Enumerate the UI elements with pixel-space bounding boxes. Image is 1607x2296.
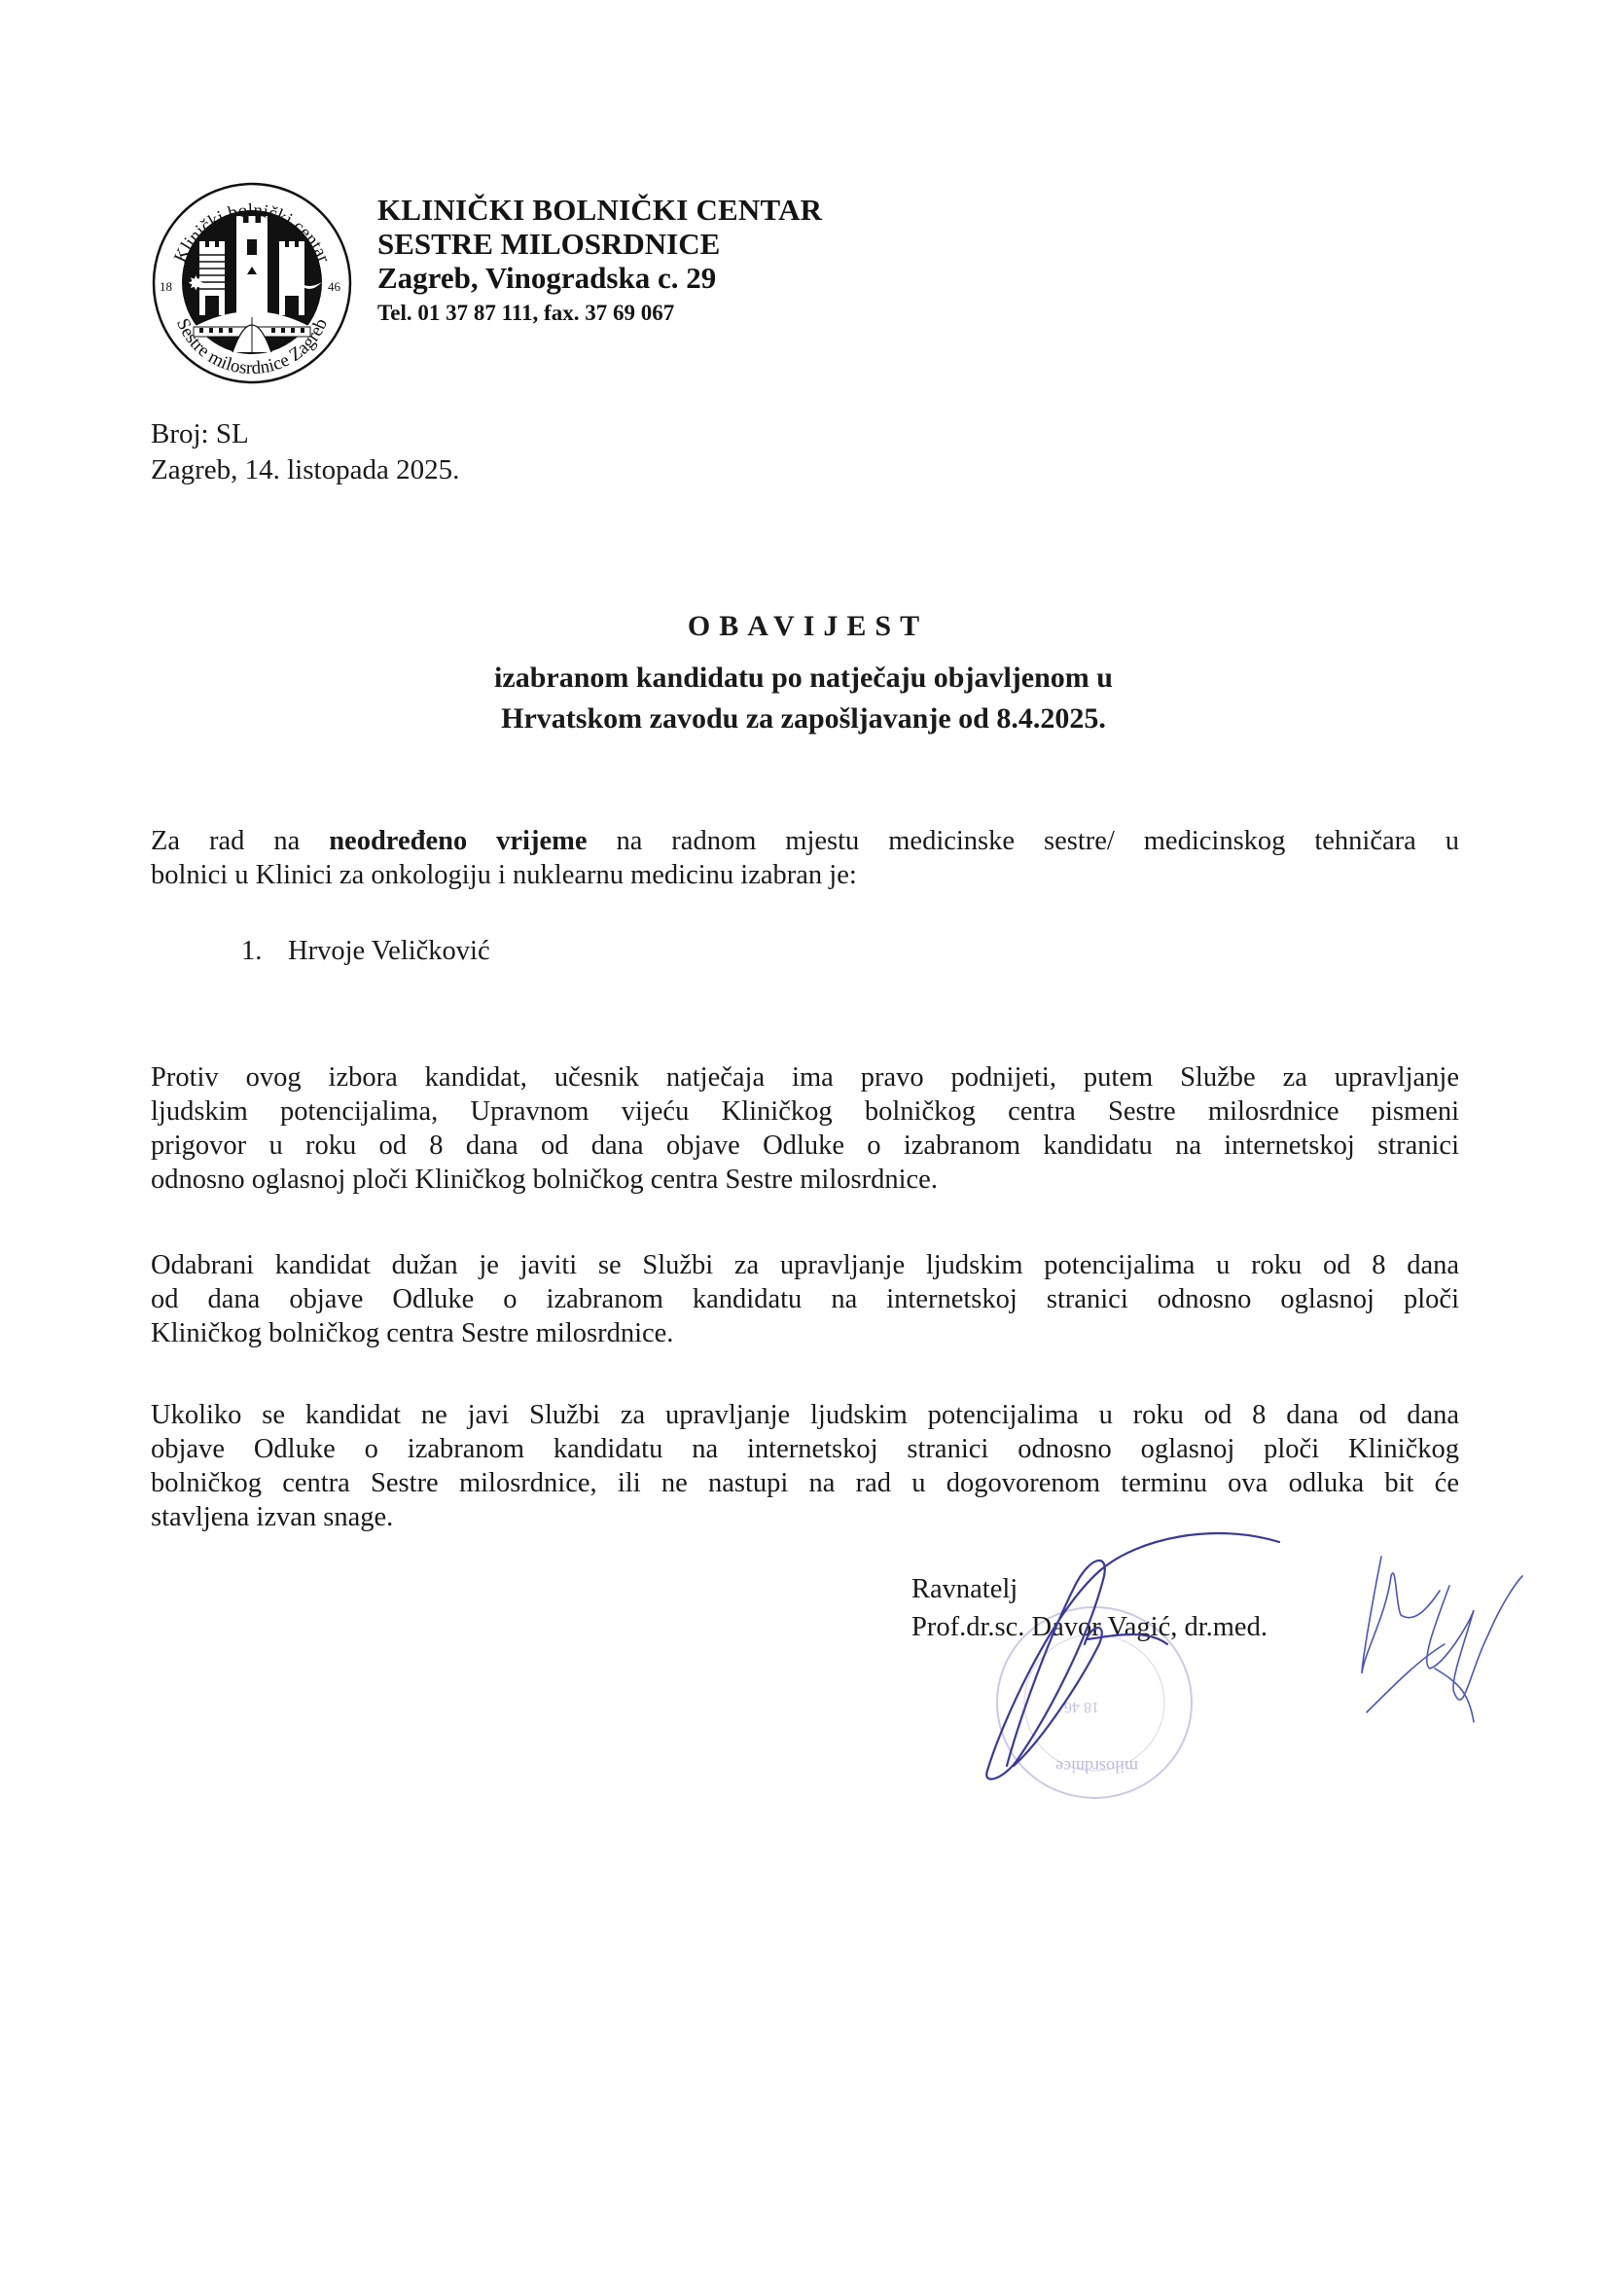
paragraph-line: Za rad na neodređeno vrijeme na radnom m…: [151, 824, 1459, 858]
document-subtitle-line-1: izabranom kandidatu po natječaju objavlj…: [0, 662, 1607, 695]
candidate-name: Hrvoje Veličković: [288, 936, 490, 966]
hospital-seal-icon: ✸ Klinički bolnički centar Sestre milosr…: [151, 181, 353, 385]
paragraph-appeal: Protiv ovog izbora kandidat, učesnik nat…: [151, 1060, 1459, 1197]
institution-name: KLINIČKI BOLNIČKI CENTAR: [377, 193, 822, 228]
paragraph-line: odnosno oglasnoj ploči Kliničkog bolničk…: [151, 1163, 1459, 1197]
institution-address: Zagreb, Vinogradska c. 29: [377, 261, 716, 296]
reference-number: Broj: SL: [151, 418, 249, 450]
document-title: OBAVIJEST: [0, 610, 1607, 643]
svg-text:18: 18: [160, 279, 172, 294]
institution-contact: Tel. 01 37 87 111, fax. 37 69 067: [377, 301, 674, 326]
paragraph-line: Ukoliko se kandidat ne javi Službi za up…: [151, 1398, 1459, 1432]
paragraph-line: objave Odluke o izabranom kandidatu na i…: [151, 1432, 1459, 1466]
handwritten-signature-icon: [973, 1518, 1303, 1790]
institution-subname: SESTRE MILOSRDNICE: [377, 227, 720, 262]
paragraph-obligation: Odabrani kandidat dužan je javiti se Slu…: [151, 1248, 1459, 1350]
paragraph-line: prigovor u roku od 8 dana od dana objave…: [151, 1129, 1459, 1163]
selected-candidate: 1.Hrvoje Veličković: [241, 936, 490, 967]
paragraph-line: od dana objave Odluke o izabranom kandid…: [151, 1282, 1459, 1316]
paragraph-line: bolnici u Klinici za onkologiju i nuklea…: [151, 858, 1459, 892]
paragraph-revocation: Ukoliko se kandidat ne javi Službi za up…: [151, 1398, 1459, 1534]
handwritten-initials-icon: [1342, 1547, 1537, 1732]
employment-type: neodređeno vrijeme: [329, 826, 587, 856]
paragraph-line: Kliničkog bolničkog centra Sestre milosr…: [151, 1316, 1459, 1350]
paragraph-line: Odabrani kandidat dužan je javiti se Slu…: [151, 1248, 1459, 1282]
svg-text:46: 46: [328, 279, 341, 294]
document-subtitle-line-2: Hrvatskom zavodu za zapošljavanje od 8.4…: [0, 702, 1607, 735]
paragraph-line: ljudskim potencijalima, Upravnom vijeću …: [151, 1094, 1459, 1129]
svg-text:✸: ✸: [188, 271, 204, 295]
paragraph-position: Za rad na neodređeno vrijeme na radnom m…: [151, 824, 1459, 892]
place-date: Zagreb, 14. listopada 2025.: [151, 454, 459, 486]
paragraph-line: bolničkog centra Sestre milosrdnice, ili…: [151, 1466, 1459, 1500]
list-number: 1.: [241, 936, 288, 967]
paragraph-line: Protiv ovog izbora kandidat, učesnik nat…: [151, 1060, 1459, 1094]
